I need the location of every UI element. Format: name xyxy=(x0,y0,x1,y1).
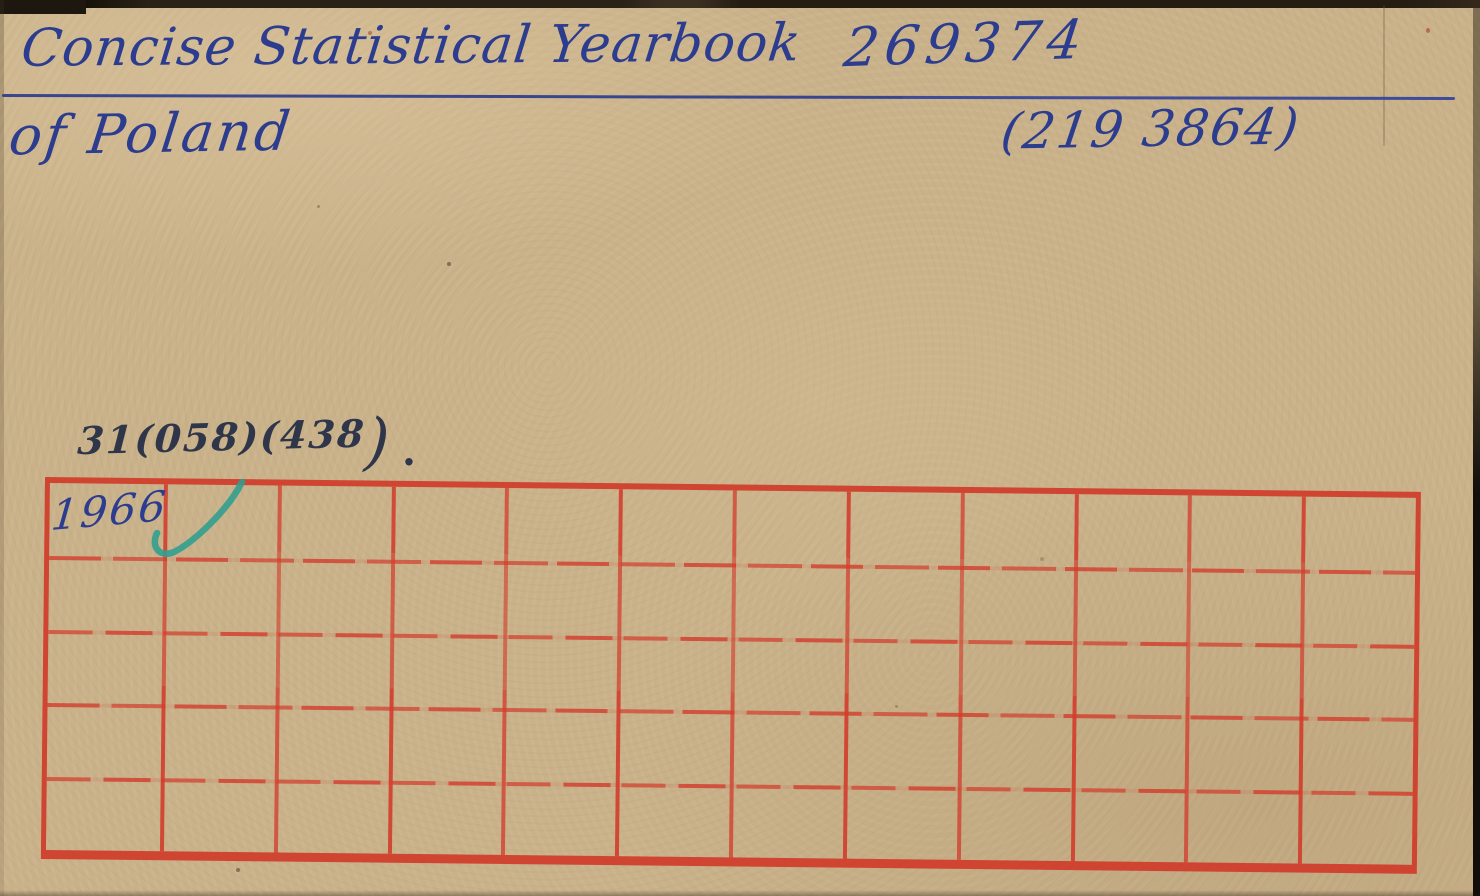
paper-speck xyxy=(236,868,240,872)
card-left-edge xyxy=(0,0,4,896)
grid-vertical-line xyxy=(274,486,282,853)
classification-closing-paren: ) xyxy=(363,404,394,478)
title-line-1: Concise Statistical Yearbook xyxy=(18,13,804,78)
paper-speck xyxy=(447,262,451,266)
card-top-edge-shadow xyxy=(0,0,86,14)
paper-speck xyxy=(895,705,898,708)
title-line-2: of Poland xyxy=(6,100,297,168)
stray-dot: . xyxy=(402,428,416,475)
grid-vertical-line xyxy=(957,493,965,860)
classification-number: 31(058)(438) xyxy=(76,410,393,463)
classification-main: 31(058)(438 xyxy=(76,411,367,464)
accession-number: 269374 xyxy=(841,8,1092,79)
grid-vertical-line xyxy=(387,487,395,854)
scan-right-edge xyxy=(1473,0,1480,896)
grid-vertical-line xyxy=(729,490,737,857)
grid-vertical-line xyxy=(501,488,509,855)
paper-speck xyxy=(1426,28,1430,33)
paper-crease xyxy=(1383,6,1385,146)
grid-vertical-line xyxy=(1298,497,1306,864)
grid-vertical-line xyxy=(1184,495,1192,862)
catalog-card: Concise Statistical Yearbook 269374 of P… xyxy=(0,0,1480,896)
grid-vertical-line xyxy=(1070,494,1078,861)
paper-speck xyxy=(368,31,372,35)
paper-speck xyxy=(1040,557,1044,561)
paper-speck xyxy=(317,205,320,208)
grid-vertical-line xyxy=(615,489,623,856)
secondary-number: (219 3864) xyxy=(998,97,1305,160)
grid-vertical-line xyxy=(843,492,851,859)
card-bottom-edge xyxy=(0,890,1480,896)
card-top-edge xyxy=(0,0,1480,8)
checkmark-icon xyxy=(138,474,256,572)
